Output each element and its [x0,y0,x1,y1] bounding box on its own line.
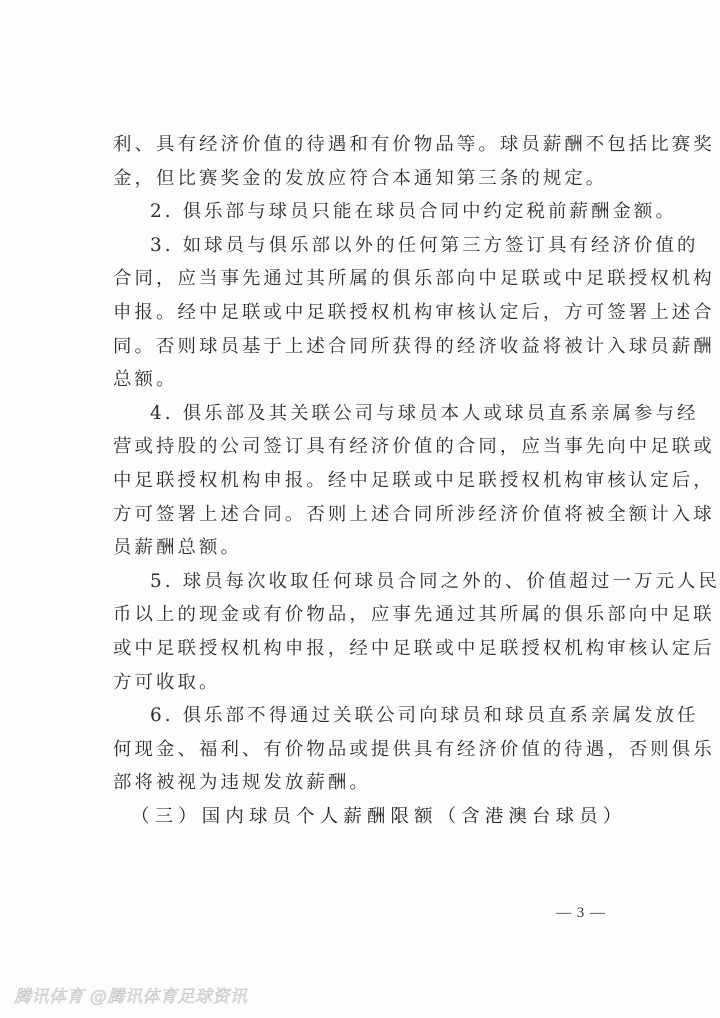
paragraph-item-2: 2. 俱乐部与球员只能在球员合同中约定税前薪酬金额。 [113,195,613,229]
text-line: 方可签署上述合同。否则上述合同所涉经济价值将被全额计入球 [113,498,613,532]
paragraph-item-5: 5. 球员每次收取任何球员合同之外的、价值超过一万元人民 币以上的现金或有价物品… [113,565,613,699]
text-line: 金，但比赛奖金的发放应符合本通知第三条的规定。 [113,162,613,196]
text-line: 4. 俱乐部及其关联公司与球员本人或球员直系亲属参与经 [113,397,613,431]
text-line: 3. 如球员与俱乐部以外的任何第三方签订具有经济价值的 [113,229,613,263]
text-line: 合同，应当事先通过其所属的俱乐部向中足联或中足联授权机构 [113,262,613,296]
text-line: 利、具有经济价值的待遇和有价物品等。球员薪酬不包括比赛奖 [113,128,613,162]
text-line: 总额。 [113,363,613,397]
text-line: 部将被视为违规发放薪酬。 [113,766,613,800]
watermark: 腾讯体育 @腾讯体育足球资讯 [14,982,247,1007]
paragraph-item-3: 3. 如球员与俱乐部以外的任何第三方签订具有经济价值的 合同，应当事先通过其所属… [113,229,613,397]
text-line: 营或持股的公司签订具有经济价值的合同，应当事先向中足联或 [113,430,613,464]
text-line: 中足联授权机构申报。经中足联或中足联授权机构审核认定后， [113,464,613,498]
document-page: 利、具有经济价值的待遇和有价物品等。球员薪酬不包括比赛奖 金，但比赛奖金的发放应… [0,0,720,1018]
page-number: — 3 — [556,905,606,922]
section-heading: （三）国内球员个人薪酬限额（含港澳台球员） [113,800,613,834]
text-line: 申报。经中足联或中足联授权机构审核认定后，方可签署上述合 [113,296,613,330]
paragraph-item-6: 6. 俱乐部不得通过关联公司向球员和球员直系亲属发放任 何现金、福利、有价物品或… [113,699,613,800]
text-line: 5. 球员每次收取任何球员合同之外的、价值超过一万元人民 [113,565,613,599]
document-body: 利、具有经济价值的待遇和有价物品等。球员薪酬不包括比赛奖 金，但比赛奖金的发放应… [113,128,613,833]
text-line: 同。否则球员基于上述合同所获得的经济收益将被计入球员薪酬 [113,330,613,364]
text-line: 6. 俱乐部不得通过关联公司向球员和球员直系亲属发放任 [113,699,613,733]
text-line: 何现金、福利、有价物品或提供具有经济价值的待遇，否则俱乐 [113,733,613,767]
paragraph-item-4: 4. 俱乐部及其关联公司与球员本人或球员直系亲属参与经 营或持股的公司签订具有经… [113,397,613,565]
text-line: 币以上的现金或有价物品，应事先通过其所属的俱乐部向中足联 [113,598,613,632]
text-line: 或中足联授权机构申报，经中足联或中足联授权机构审核认定后 [113,632,613,666]
text-line: 2. 俱乐部与球员只能在球员合同中约定税前薪酬金额。 [113,195,613,229]
text-line: 员薪酬总额。 [113,531,613,565]
paragraph-p1-continued: 利、具有经济价值的待遇和有价物品等。球员薪酬不包括比赛奖 金，但比赛奖金的发放应… [113,128,613,195]
text-line: 方可收取。 [113,666,613,700]
